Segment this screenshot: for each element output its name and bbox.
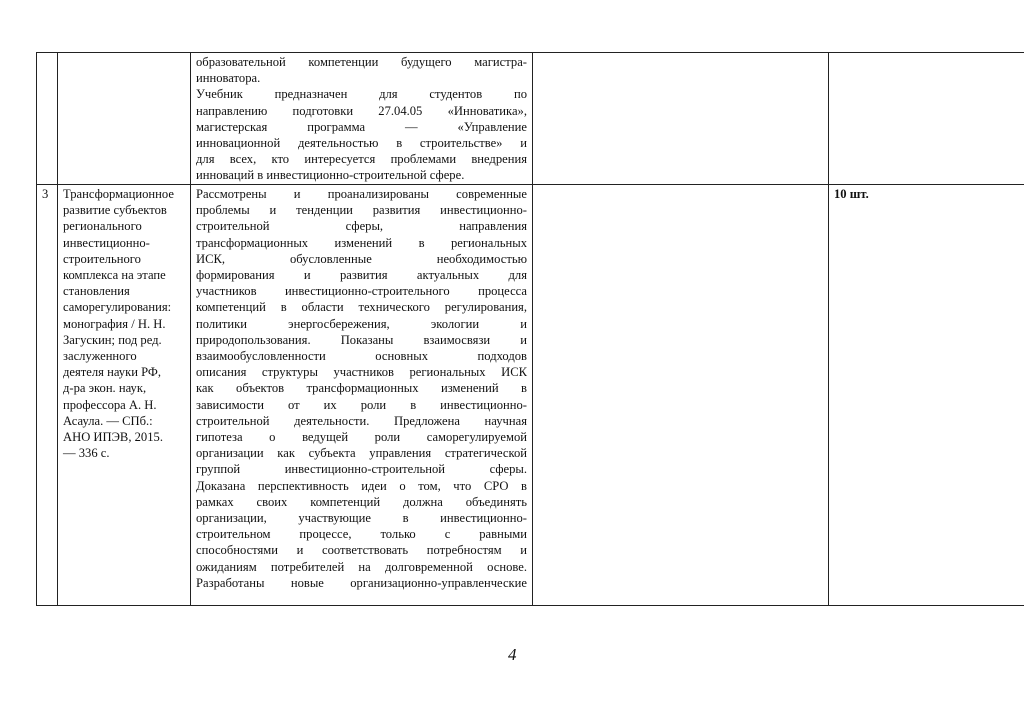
empty-cell xyxy=(533,185,829,606)
description-cell: образовательной компетенции будущего маг… xyxy=(191,53,533,185)
title-cell xyxy=(58,53,191,185)
text-line: саморегулирования: xyxy=(63,299,185,315)
text-line: Асаула. — СПб.: xyxy=(63,413,185,429)
text-line: комплекса на этапе xyxy=(63,267,185,283)
text-line: как объектов трансформационных изменений… xyxy=(196,380,527,396)
row-number-cell: 3 xyxy=(37,185,58,606)
quantity-cell: 10 шт. xyxy=(829,185,1024,606)
text-line: Разработаны новые организационно-управле… xyxy=(196,575,527,591)
text-line: профессора А. Н. xyxy=(63,397,185,413)
text-line: описания структуры участников региональн… xyxy=(196,364,527,380)
page-number: 4 xyxy=(508,645,517,665)
text-line: трансформационных изменений в региональн… xyxy=(196,235,527,251)
text-line: рамках своих компетенций должна объединя… xyxy=(196,494,527,510)
text-line: гипотеза о ведущей роли саморегулируемой xyxy=(196,429,527,445)
text-line: образовательной компетенции будущего маг… xyxy=(196,54,527,70)
text-line: политики энергосбережения, экологии и xyxy=(196,316,527,332)
text-line: проблемы и тенденции развития инвестицио… xyxy=(196,202,527,218)
publications-table: образовательной компетенции будущего маг… xyxy=(36,52,1024,606)
text-line: взаимообусловленности основных подходов xyxy=(196,348,527,364)
empty-cell xyxy=(533,53,829,185)
title-cell: Трансформационноеразвитие субъектоврегио… xyxy=(58,185,191,606)
text-line: инновационной деятельностью в строительс… xyxy=(196,135,527,151)
text-line: строительном процессе, только с равными xyxy=(196,526,527,542)
text-line: ожиданиям потребителей на долговременной… xyxy=(196,559,527,575)
text-line: — 336 с. xyxy=(63,445,185,461)
text-line: направлению подготовки 27.04.05 «Инноват… xyxy=(196,103,527,119)
text-line: Доказана перспективность идеи о том, что… xyxy=(196,478,527,494)
quantity-cell xyxy=(829,53,1024,185)
text-line: ИСК, обусловленные необходимостью xyxy=(196,251,527,267)
text-line: заслуженного xyxy=(63,348,185,364)
table-row: 3 Трансформационноеразвитие субъектоврег… xyxy=(37,185,1024,606)
text-line: организации как субъекта управления стра… xyxy=(196,445,527,461)
text-line: инноватора. xyxy=(196,70,527,86)
text-line: становления xyxy=(63,283,185,299)
text-line: природопользования. Показаны взаимосвязи… xyxy=(196,332,527,348)
text-line: строительной сферы, направления xyxy=(196,218,527,234)
text-line: зависимости от их роли в инвестиционно- xyxy=(196,397,527,413)
text-line: строительной деятельности. Предложена на… xyxy=(196,413,527,429)
text-line: Трансформационное xyxy=(63,186,185,202)
text-line: формирования и развития актуальных для xyxy=(196,267,527,283)
text-line: инвестиционно- xyxy=(63,235,185,251)
text-line: организации, участвующие в инвестиционно… xyxy=(196,510,527,526)
text-line: способностями и соответствовать потребно… xyxy=(196,542,527,558)
text-line: инноваций в инвестиционно-строительной с… xyxy=(196,167,527,183)
text-line: для всех, кто интересуется проблемами вн… xyxy=(196,151,527,167)
text-line: развитие субъектов xyxy=(63,202,185,218)
text-line: компетенций в области технического регул… xyxy=(196,299,527,315)
text-line: Рассмотрены и проанализированы современн… xyxy=(196,186,527,202)
row-number-cell xyxy=(37,53,58,185)
text-line: Загускин; под ред. xyxy=(63,332,185,348)
text-line: монография / Н. Н. xyxy=(63,316,185,332)
text-line: участников инвестиционно-строительного п… xyxy=(196,283,527,299)
text-line: регионального xyxy=(63,218,185,234)
text-line: строительного xyxy=(63,251,185,267)
text-line: магистерская программа — «Управление xyxy=(196,119,527,135)
text-line: группой инвестиционно-строительной сферы… xyxy=(196,461,527,477)
table-row: образовательной компетенции будущего маг… xyxy=(37,53,1024,185)
description-cell: Рассмотрены и проанализированы современн… xyxy=(191,185,533,606)
text-line: АНО ИПЭВ, 2015. xyxy=(63,429,185,445)
text-line: д-ра экон. наук, xyxy=(63,380,185,396)
text-line: деятеля науки РФ, xyxy=(63,364,185,380)
text-line: Учебник предназначен для студентов по xyxy=(196,86,527,102)
